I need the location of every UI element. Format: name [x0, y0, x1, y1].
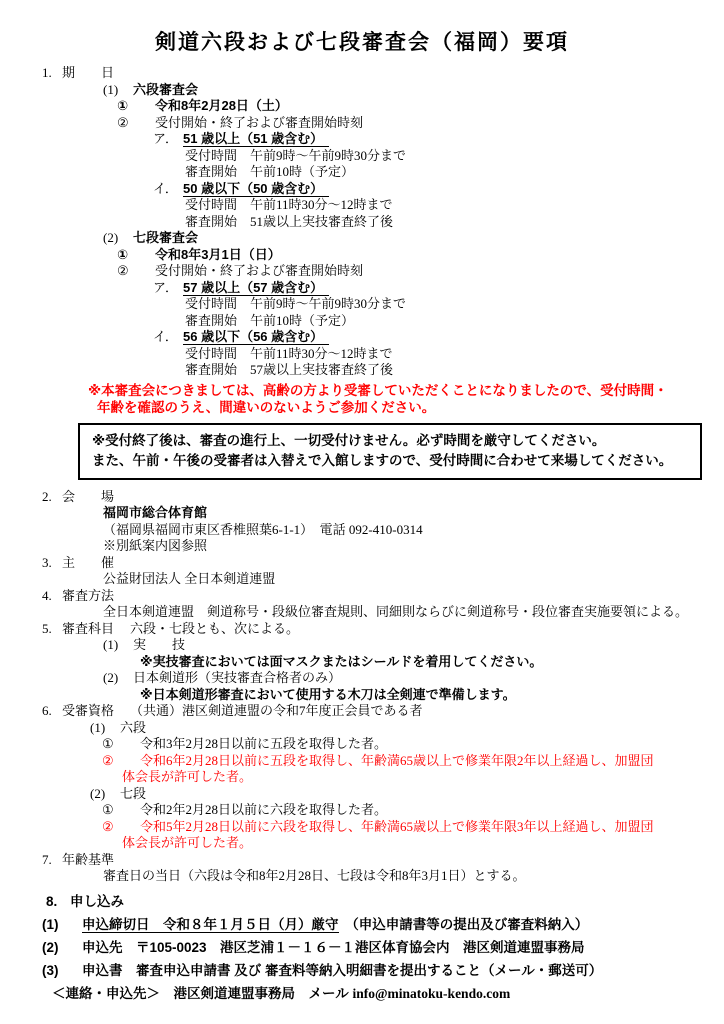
subject1-title: 実 技: [133, 637, 185, 652]
section3-label: 主 催: [62, 555, 114, 570]
notice-box-line1: ※受付終了後は、審査の進行上、一切受付けません。必ず時間を厳守してください。: [92, 431, 688, 451]
section1-heading: 1.期 日: [0, 65, 724, 82]
rokudan-senior-title: 51 歳以上（51 歳含む）: [183, 131, 329, 147]
rokudan-junior-title: 50 歳以下（50 歳含む）: [183, 181, 329, 197]
eligibility-rokudan-item2: ②令和6年2月28日以前に五段を取得し、年齢満65歳以上で修業年限2年以上経過し…: [0, 753, 724, 770]
red-warning-line2: 年齢を確認のうえ、間違いのないようご参加ください。: [0, 399, 724, 417]
section6-label: 受審資格: [62, 703, 114, 718]
eligibility-nanadan-heading: (2)七段: [0, 786, 724, 803]
nanadan-junior-heading: イ．56 歳以下（56 歳含む）: [0, 329, 724, 346]
subject2-title: 日本剣道形（実技審査合格者のみ）: [133, 670, 341, 685]
section8-heading: 8.申し込み: [0, 890, 724, 913]
venue-name: 福岡市総合体育館: [0, 505, 724, 522]
contact-label: ＜連絡・申込先＞ 港区剣道連盟事務局 メール: [52, 986, 352, 1001]
section7-heading: 7.年齢基準: [0, 852, 724, 869]
rokudan-junior-heading: イ．50 歳以下（50 歳含む）: [0, 181, 724, 198]
nanadan-junior-title: 56 歳以下（56 歳含む）: [183, 329, 329, 345]
rokudan-schedule-text: 受付開始・終了および審査開始時刻: [155, 115, 363, 130]
section7-label: 年齢基準: [62, 852, 114, 867]
nanadan-senior-start: 審査開始 午前10時（予定）: [0, 313, 724, 330]
nanadan-schedule-heading: ②受付開始・終了および審査開始時刻: [0, 263, 724, 280]
eligibility-nanadan-item2: ②令和5年2月28日以前に六段を取得し、年齢満65歳以上で修業年限3年以上経過し…: [0, 819, 724, 836]
nanadan-senior-heading: ア．57 歳以上（57 歳含む）: [0, 280, 724, 297]
section5-heading: 5.審査科目六段・七段とも、次による。: [0, 621, 724, 638]
nanadan-junior-prefix: イ．: [153, 329, 183, 346]
contact-line: ＜連絡・申込先＞ 港区剣道連盟事務局 メール info@minatoku-ken…: [0, 982, 724, 1005]
rokudan-senior-reception: 受付時間 午前9時～午前9時30分まで: [0, 148, 724, 165]
section1-number: 1.: [42, 65, 62, 82]
application-section: 8.申し込み (1)申込締切日 令和８年１月５日（月）厳守 （申込申請書等の提出…: [0, 890, 724, 1005]
eligibility-rokudan-title: 六段: [120, 720, 146, 735]
rokudan-exam-title: 六段審査会: [133, 82, 198, 97]
nanadan-junior-reception: 受付時間 午前11時30分～12時まで: [0, 346, 724, 363]
rokudan-senior-start: 審査開始 午前10時（予定）: [0, 164, 724, 181]
application-documents-number: (3): [42, 959, 82, 982]
subject2-number: (2): [103, 670, 133, 687]
rokudan-date-line: ①令和8年2月28日（土）: [0, 98, 724, 115]
rokudan-date-text: 令和8年2月28日（土）: [155, 98, 288, 113]
contact-email: info@minatoku-kendo.com: [352, 986, 510, 1001]
rokudan-date-number: ①: [117, 98, 155, 115]
page-title: 剣道六段および七段審査会（福岡）要項: [0, 26, 724, 56]
eligibility-rokudan-item1-number: ①: [102, 736, 140, 753]
nanadan-senior-title: 57 歳以上（57 歳含む）: [183, 280, 329, 296]
red-warning-line1: ※本審査会につきましては、高齢の方より受審していただくことになりましたので、受付…: [0, 382, 724, 400]
eligibility-rokudan-item1: ①令和3年2月28日以前に五段を取得した者。: [0, 736, 724, 753]
nanadan-junior-start: 審査開始 57歳以上実技審査終了後: [0, 362, 724, 379]
document-page: 剣道六段および七段審査会（福岡）要項 1.期 日 (1)六段審査会 ①令和8年2…: [0, 0, 724, 1024]
eligibility-nanadan-item1: ①令和2年2月28日以前に六段を取得した者。: [0, 802, 724, 819]
rokudan-junior-reception: 受付時間 午前11時30分～12時まで: [0, 197, 724, 214]
section5-suffix: 六段・七段とも、次による。: [130, 621, 299, 636]
rokudan-exam-heading: (1)六段審査会: [0, 82, 724, 99]
section5-number: 5.: [42, 621, 62, 638]
eligibility-rokudan-item2-number: ②: [102, 753, 140, 770]
nanadan-senior-prefix: ア．: [153, 280, 183, 297]
eligibility-nanadan-title: 七段: [120, 786, 146, 801]
organizer-name: 公益財団法人 全日本剣道連盟: [0, 571, 724, 588]
section8-number: 8.: [46, 890, 70, 913]
rokudan-schedule-number: ②: [117, 115, 155, 132]
venue-map-note: ※別紙案内図参照: [0, 538, 724, 555]
section4-heading: 4.審査方法: [0, 588, 724, 605]
section1-label: 期 日: [62, 65, 114, 80]
application-deadline-note: （申込申請書等の提出及び審査料納入）: [339, 917, 589, 932]
eligibility-rokudan-item2-text: 令和6年2月28日以前に五段を取得し、年齢満65歳以上で修業年限2年以上経過し、…: [140, 753, 654, 768]
eligibility-nanadan-item1-text: 令和2年2月28日以前に六段を取得した者。: [140, 802, 387, 817]
nanadan-senior-reception: 受付時間 午前9時～午前9時30分まで: [0, 296, 724, 313]
nanadan-date-line: ①令和8年3月1日（日）: [0, 247, 724, 264]
eligibility-nanadan-item2-text: 令和5年2月28日以前に六段を取得し、年齢満65歳以上で修業年限3年以上経過し、…: [140, 819, 654, 834]
subject2-note: ※日本剣道形審査において使用する木刀は全剣連で準備します。: [0, 687, 724, 704]
eligibility-rokudan-item2-continued: 体会長が許可した者。: [0, 769, 724, 786]
application-address-line: (2)申込先 〒105-0023 港区芝浦１－１６－１港区体育協会内 港区剣道連…: [0, 936, 724, 959]
rokudan-senior-prefix: ア．: [153, 131, 183, 148]
section4-label: 審査方法: [62, 588, 114, 603]
venue-address: （福岡県福岡市東区香椎照葉6-1-1） 電話 092-410-0314: [0, 522, 724, 539]
application-documents-line: (3)申込書 審査申込申請書 及び 審査料等納入明細書を提出すること（メール・郵…: [0, 959, 724, 982]
rokudan-junior-start: 審査開始 51歳以上実技審査終了後: [0, 214, 724, 231]
eligibility-rokudan-heading: (1)六段: [0, 720, 724, 737]
eligibility-rokudan-number: (1): [90, 720, 120, 737]
nanadan-schedule-text: 受付開始・終了および審査開始時刻: [155, 263, 363, 278]
nanadan-schedule-number: ②: [117, 263, 155, 280]
rokudan-schedule-heading: ②受付開始・終了および審査開始時刻: [0, 115, 724, 132]
exam-method-text: 全日本剣道連盟 剣道称号・段級位審査規則、同細則ならびに剣道称号・段位審査実施要…: [0, 604, 724, 621]
section2-heading: 2.会 場: [0, 489, 724, 506]
application-deadline-text: 申込締切日 令和８年１月５日（月）厳守: [82, 917, 339, 933]
rokudan-junior-prefix: イ．: [153, 181, 183, 198]
rokudan-exam-number: (1): [103, 82, 133, 99]
subject1-line: (1)実 技: [0, 637, 724, 654]
nanadan-exam-heading: (2)七段審査会: [0, 230, 724, 247]
rokudan-senior-heading: ア．51 歳以上（51 歳含む）: [0, 131, 724, 148]
section6-number: 6.: [42, 703, 62, 720]
section3-number: 3.: [42, 555, 62, 572]
section6-suffix: （共通）港区剣道連盟の令和7年度正会員である者: [130, 703, 423, 718]
section8-label: 申し込み: [70, 894, 124, 909]
section4-number: 4.: [42, 588, 62, 605]
section2-label: 会 場: [62, 489, 114, 504]
nanadan-date-number: ①: [117, 247, 155, 264]
eligibility-nanadan-item1-number: ①: [102, 802, 140, 819]
nanadan-date-text: 令和8年3月1日（日）: [155, 247, 281, 262]
subject1-number: (1): [103, 637, 133, 654]
application-address-text: 申込先 〒105-0023 港区芝浦１－１６－１港区体育協会内 港区剣道連盟事務…: [82, 940, 585, 955]
nanadan-exam-number: (2): [103, 230, 133, 247]
section6-heading: 6.受審資格（共通）港区剣道連盟の令和7年度正会員である者: [0, 703, 724, 720]
application-documents-text: 申込書 審査申込申請書 及び 審査料等納入明細書を提出すること（メール・郵送可）: [82, 963, 602, 978]
section7-number: 7.: [42, 852, 62, 869]
section2-number: 2.: [42, 489, 62, 506]
nanadan-exam-title: 七段審査会: [133, 230, 198, 245]
subject1-note: ※実技審査においては面マスクまたはシールドを着用してください。: [0, 654, 724, 671]
notice-box: ※受付終了後は、審査の進行上、一切受付けません。必ず時間を厳守してください。 ま…: [78, 423, 702, 480]
notice-box-line2: また、午前・午後の受審者は入替えで入館しますので、受付時間に合わせて来場してくだ…: [92, 451, 688, 471]
age-standard-text: 審査日の当日（六段は令和8年2月28日、七段は令和8年3月1日）とする。: [0, 868, 724, 885]
subject2-line: (2)日本剣道形（実技審査合格者のみ）: [0, 670, 724, 687]
application-deadline-number: (1): [42, 913, 82, 936]
eligibility-rokudan-item1-text: 令和3年2月28日以前に五段を取得した者。: [140, 736, 387, 751]
section3-heading: 3.主 催: [0, 555, 724, 572]
application-deadline-line: (1)申込締切日 令和８年１月５日（月）厳守 （申込申請書等の提出及び審査料納入…: [0, 913, 724, 936]
eligibility-nanadan-item2-continued: 体会長が許可した者。: [0, 835, 724, 852]
application-address-number: (2): [42, 936, 82, 959]
eligibility-nanadan-number: (2): [90, 786, 120, 803]
eligibility-nanadan-item2-number: ②: [102, 819, 140, 836]
section5-label: 審査科目: [62, 621, 114, 636]
